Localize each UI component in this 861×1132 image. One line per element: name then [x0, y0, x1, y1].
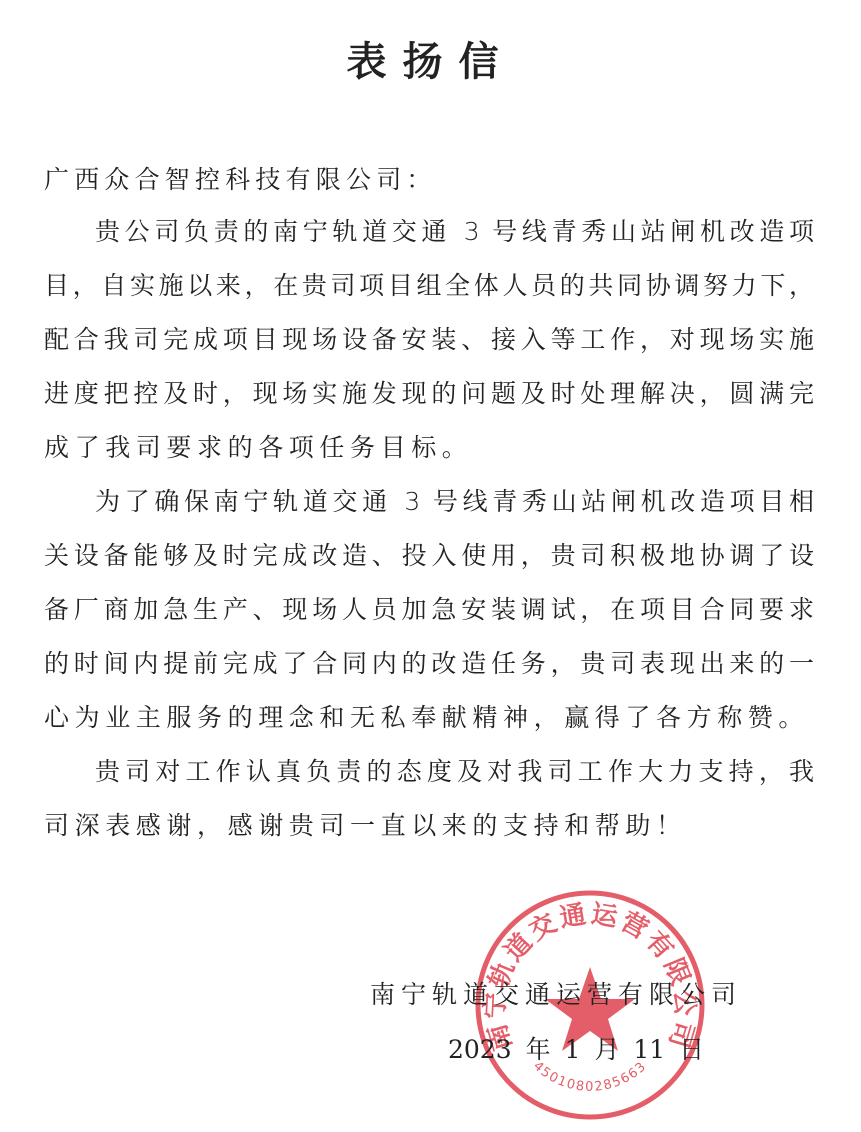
paragraph-line: 司深表感谢，感谢贵司一直以来的支持和帮助！ [44, 806, 814, 842]
paragraph-line: 目，自实施以来，在贵司项目组全体人员的共同协调努力下， [44, 266, 814, 302]
paragraph-line: 心为业主服务的理念和无私奉献精神，赢得了各方称赞。 [44, 698, 814, 734]
paragraph-line: 为了确保南宁轨道交通 3 号线青秀山站闸机改造项目相 [95, 482, 814, 518]
paragraph-line: 成了我司要求的各项任务目标。 [44, 428, 814, 464]
letter-title: 表扬信 [0, 30, 861, 87]
paragraph-line: 配合我司完成项目现场设备安装、接入等工作，对现场实施 [44, 320, 814, 356]
paragraph-line: 贵公司负责的南宁轨道交通 3 号线青秀山站闸机改造项 [95, 212, 814, 248]
salutation: 广西众合智控科技有限公司： [44, 160, 437, 196]
paragraph-line: 关设备能够及时完成改造、投入使用，贵司积极地协调了设 [44, 536, 814, 572]
paragraph-line: 进度把控及时，现场实施发现的问题及时处理解决，圆满完 [44, 374, 814, 410]
paragraph-line: 的时间内提前完成了合同内的改造任务，贵司表现出来的一 [44, 644, 814, 680]
signature-date: 2023 年 1 月 11 日 [448, 1030, 704, 1066]
paragraph-line: 贵司对工作认真负责的态度及对我司工作大力支持，我 [95, 752, 814, 788]
paragraph-line: 备厂商加急生产、现场人员加急安装调试，在项目合同要求 [44, 590, 814, 626]
signature-organization: 南宁轨道交通运营有限公司 [370, 975, 742, 1011]
